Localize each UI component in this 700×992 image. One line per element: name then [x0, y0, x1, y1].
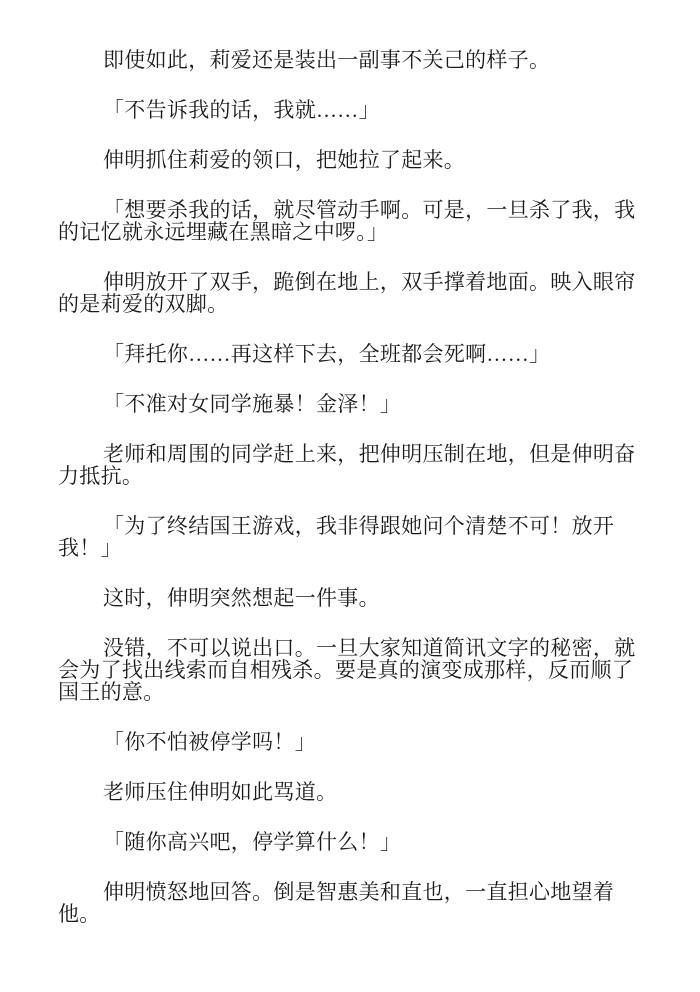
paragraph: 「拜托你……再这样下去，全班都会死啊……」	[58, 343, 642, 365]
text-line: 我！」	[58, 537, 642, 559]
text-line: 力抵抗。	[58, 465, 642, 487]
document-page: 即使如此，莉爱还是装出一副事不关己的样子。「不告诉我的话，我就……」伸明抓住莉爱…	[0, 0, 700, 992]
paragraph: 「你不怕被停学吗！」	[58, 731, 642, 753]
text-line: 「不准对女同学施暴！金泽！」	[58, 393, 642, 415]
paragraph: 老师和周围的同学赶上来，把伸明压制在地，但是伸明奋力抵抗。	[58, 443, 642, 487]
text-line: 「随你高兴吧，停学算什么！」	[58, 831, 642, 853]
paragraph: 「不准对女同学施暴！金泽！」	[58, 393, 642, 415]
text-line: 他。	[58, 903, 642, 925]
text-line: 伸明放开了双手，跪倒在地上，双手撑着地面。映入眼帘	[58, 271, 642, 293]
text-line: 会为了找出线索而自相残杀。要是真的演变成那样，反而顺了	[58, 659, 642, 681]
text-line: 「你不怕被停学吗！」	[58, 731, 642, 753]
paragraph: 「为了终结国王游戏，我非得跟她问个清楚不可！放开我！」	[58, 515, 642, 559]
text-line: 「想要杀我的话，就尽管动手啊。可是，一旦杀了我，我	[58, 199, 642, 221]
text-line: 这时，伸明突然想起一件事。	[58, 587, 642, 609]
paragraph: 即使如此，莉爱还是装出一副事不关己的样子。	[58, 49, 642, 71]
text-line: 的记忆就永远埋藏在黑暗之中啰。」	[58, 221, 642, 243]
text-line: 老师压住伸明如此骂道。	[58, 781, 642, 803]
paragraph: 没错，不可以说出口。一旦大家知道简讯文字的秘密，就会为了找出线索而自相残杀。要是…	[58, 637, 642, 703]
text-line: 伸明抓住莉爱的领口，把她拉了起来。	[58, 149, 642, 171]
text-line: 即使如此，莉爱还是装出一副事不关己的样子。	[58, 49, 642, 71]
paragraph: 伸明放开了双手，跪倒在地上，双手撑着地面。映入眼帘的是莉爱的双脚。	[58, 271, 642, 315]
text-line: 「不告诉我的话，我就……」	[58, 99, 642, 121]
text-line: 「拜托你……再这样下去，全班都会死啊……」	[58, 343, 642, 365]
text-line: 伸明愤怒地回答。倒是智惠美和直也，一直担心地望着	[58, 881, 642, 903]
text-line: 国王的意。	[58, 681, 642, 703]
text-line: 没错，不可以说出口。一旦大家知道简讯文字的秘密，就	[58, 637, 642, 659]
paragraph: 老师压住伸明如此骂道。	[58, 781, 642, 803]
paragraph: 「想要杀我的话，就尽管动手啊。可是，一旦杀了我，我的记忆就永远埋藏在黑暗之中啰。…	[58, 199, 642, 243]
paragraph: 伸明愤怒地回答。倒是智惠美和直也，一直担心地望着他。	[58, 881, 642, 925]
text-content: 即使如此，莉爱还是装出一副事不关己的样子。「不告诉我的话，我就……」伸明抓住莉爱…	[58, 49, 642, 953]
paragraph: 这时，伸明突然想起一件事。	[58, 587, 642, 609]
paragraph: 「随你高兴吧，停学算什么！」	[58, 831, 642, 853]
paragraph: 「不告诉我的话，我就……」	[58, 99, 642, 121]
paragraph: 伸明抓住莉爱的领口，把她拉了起来。	[58, 149, 642, 171]
text-line: 「为了终结国王游戏，我非得跟她问个清楚不可！放开	[58, 515, 642, 537]
text-line: 的是莉爱的双脚。	[58, 293, 642, 315]
text-line: 老师和周围的同学赶上来，把伸明压制在地，但是伸明奋	[58, 443, 642, 465]
